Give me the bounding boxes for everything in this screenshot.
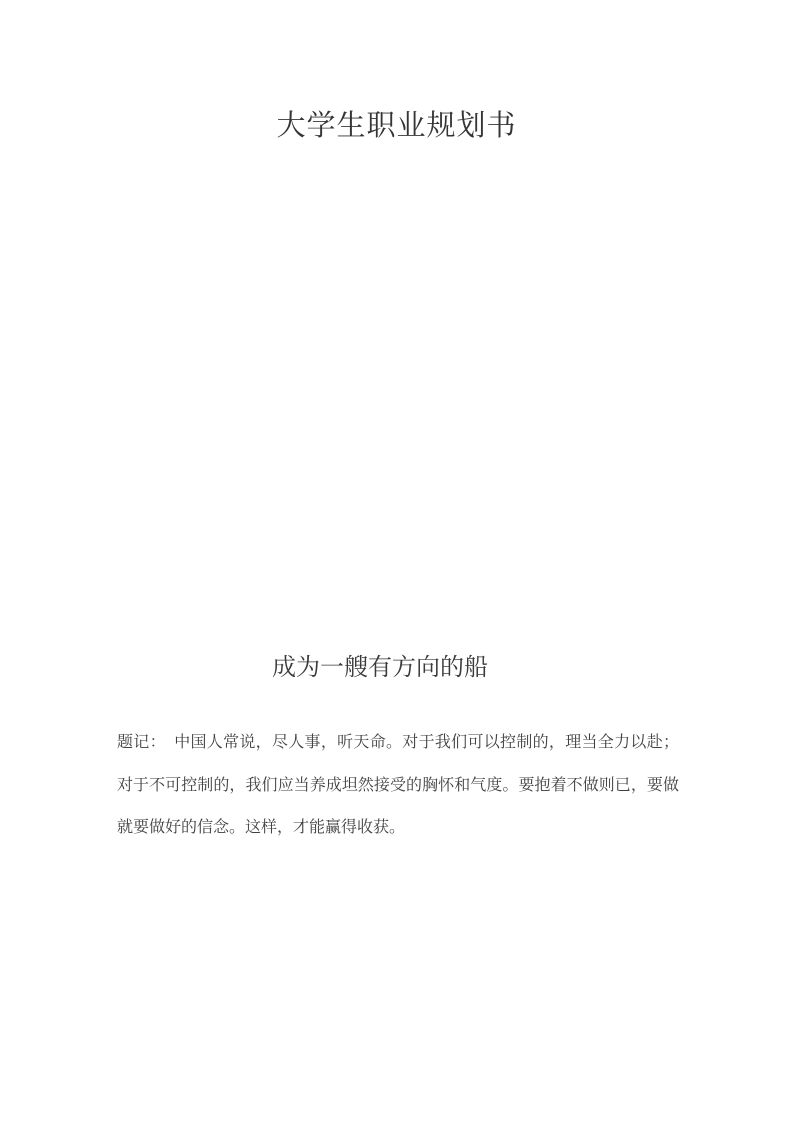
epigraph-text: 中国人常说，尽人事，听天命。对于我们可以控制的，理当全力以赴；对于不可控制的，我…: [117, 734, 679, 836]
document-page: 大学生职业规划书 成为一艘有方向的船 题记： 中国人常说，尽人事，听天命。对于我…: [0, 0, 793, 1122]
document-title: 大学生职业规划书: [0, 107, 793, 145]
epigraph-paragraph: 题记： 中国人常说，尽人事，听天命。对于我们可以控制的，理当全力以赴；对于不可控…: [117, 722, 679, 850]
section-heading: 成为一艘有方向的船: [272, 651, 488, 684]
epigraph-label: 题记：: [117, 734, 174, 751]
